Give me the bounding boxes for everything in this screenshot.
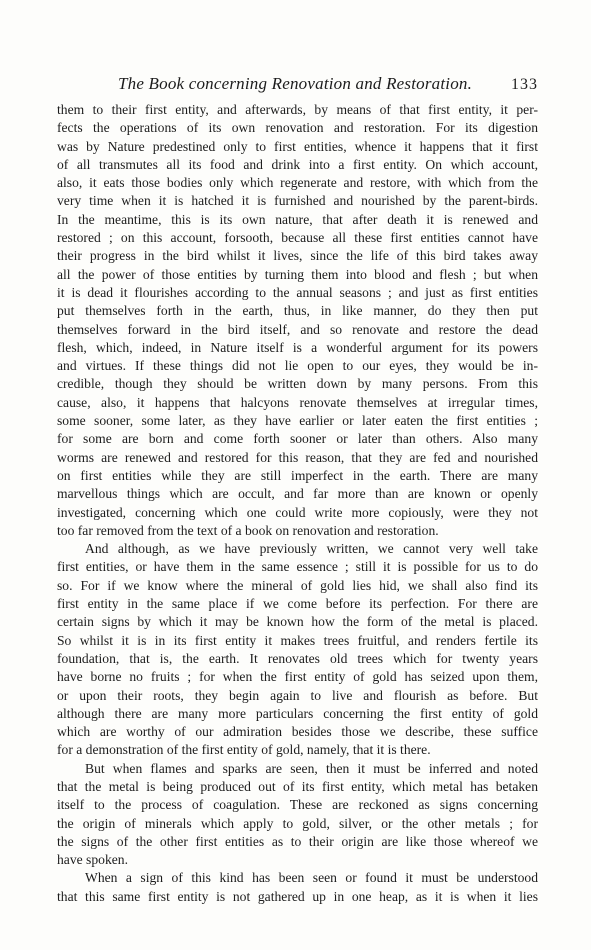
text-line: them to their first entity, and afterwar… (57, 101, 538, 119)
paragraph-first-line: But when flames and sparks are seen, the… (57, 760, 538, 778)
text-line: for a demonstration of the first entity … (57, 741, 538, 759)
text-line: have borne no fruits ; for when the firs… (57, 668, 538, 686)
text-line: so. For if we know where the mineral of … (57, 577, 538, 595)
text-line: or upon their roots, they begin again to… (57, 687, 538, 705)
text-line: foundation, that is, the earth. It renov… (57, 650, 538, 668)
text-line: although there are many more particulars… (57, 705, 538, 723)
book-page: The Book concerning Renovation and Resto… (0, 0, 591, 950)
text-line: all the power of those entities by turni… (57, 266, 538, 284)
text-line: In the meantime, this is its own nature,… (57, 211, 538, 229)
text-line: have spoken. (57, 851, 538, 869)
text-line: worms are renewed and restored for this … (57, 449, 538, 467)
text-line: themselves forward in the bird itself, a… (57, 321, 538, 339)
body-text: them to their first entity, and afterwar… (57, 101, 538, 906)
text-line: on first entities while they are still i… (57, 467, 538, 485)
text-line: So whilst it is in its first entity it m… (57, 632, 538, 650)
text-line: the signs of the other first entities as… (57, 833, 538, 851)
text-line: for some are born and come forth sooner … (57, 430, 538, 448)
text-line: that the metal is being produced out of … (57, 778, 538, 796)
text-line: cause, also, it happens that halcyons re… (57, 394, 538, 412)
text-line: first entities, or have them in the same… (57, 558, 538, 576)
page-number: 133 (511, 76, 538, 94)
text-line: the origin of minerals which apply to go… (57, 815, 538, 833)
text-line: also, it eats those bodies only which re… (57, 174, 538, 192)
text-line: and virtues. If these things did not lie… (57, 357, 538, 375)
text-line: itself to the process of coagulation. Th… (57, 796, 538, 814)
text-line: first entity in the same place if we com… (57, 595, 538, 613)
running-head: The Book concerning Renovation and Resto… (118, 74, 538, 98)
text-line: restored ; on this account, forsooth, be… (57, 229, 538, 247)
text-line: of all transmutes all its food and drink… (57, 156, 538, 174)
text-line: their progress in the bird whilst it liv… (57, 247, 538, 265)
running-title: The Book concerning Renovation and Resto… (118, 74, 472, 94)
text-line: some sooner, some later, as they have ea… (57, 412, 538, 430)
paragraph-first-line: When a sign of this kind has been seen o… (57, 869, 538, 887)
text-line: was by Nature predestined only to first … (57, 138, 538, 156)
text-line: it is dead it flourishes according to th… (57, 284, 538, 302)
text-line: credible, though they should be written … (57, 375, 538, 393)
text-line: investigated, concerning which one could… (57, 504, 538, 522)
text-line: certain signs by which it may be known h… (57, 613, 538, 631)
text-line: flesh, which, indeed, in Nature itself i… (57, 339, 538, 357)
paragraph-first-line: And although, as we have previously writ… (57, 540, 538, 558)
text-line: which are worthy of our admiration besid… (57, 723, 538, 741)
text-line: fects the operations of its own renovati… (57, 119, 538, 137)
text-line: too far removed from the text of a book … (57, 522, 538, 540)
text-line: very time when it is hatched it is furni… (57, 192, 538, 210)
text-line: put themselves forth in the earth, thus,… (57, 302, 538, 320)
text-line: that this same first entity is not gathe… (57, 888, 538, 906)
text-line: marvellous things which are occult, and … (57, 485, 538, 503)
